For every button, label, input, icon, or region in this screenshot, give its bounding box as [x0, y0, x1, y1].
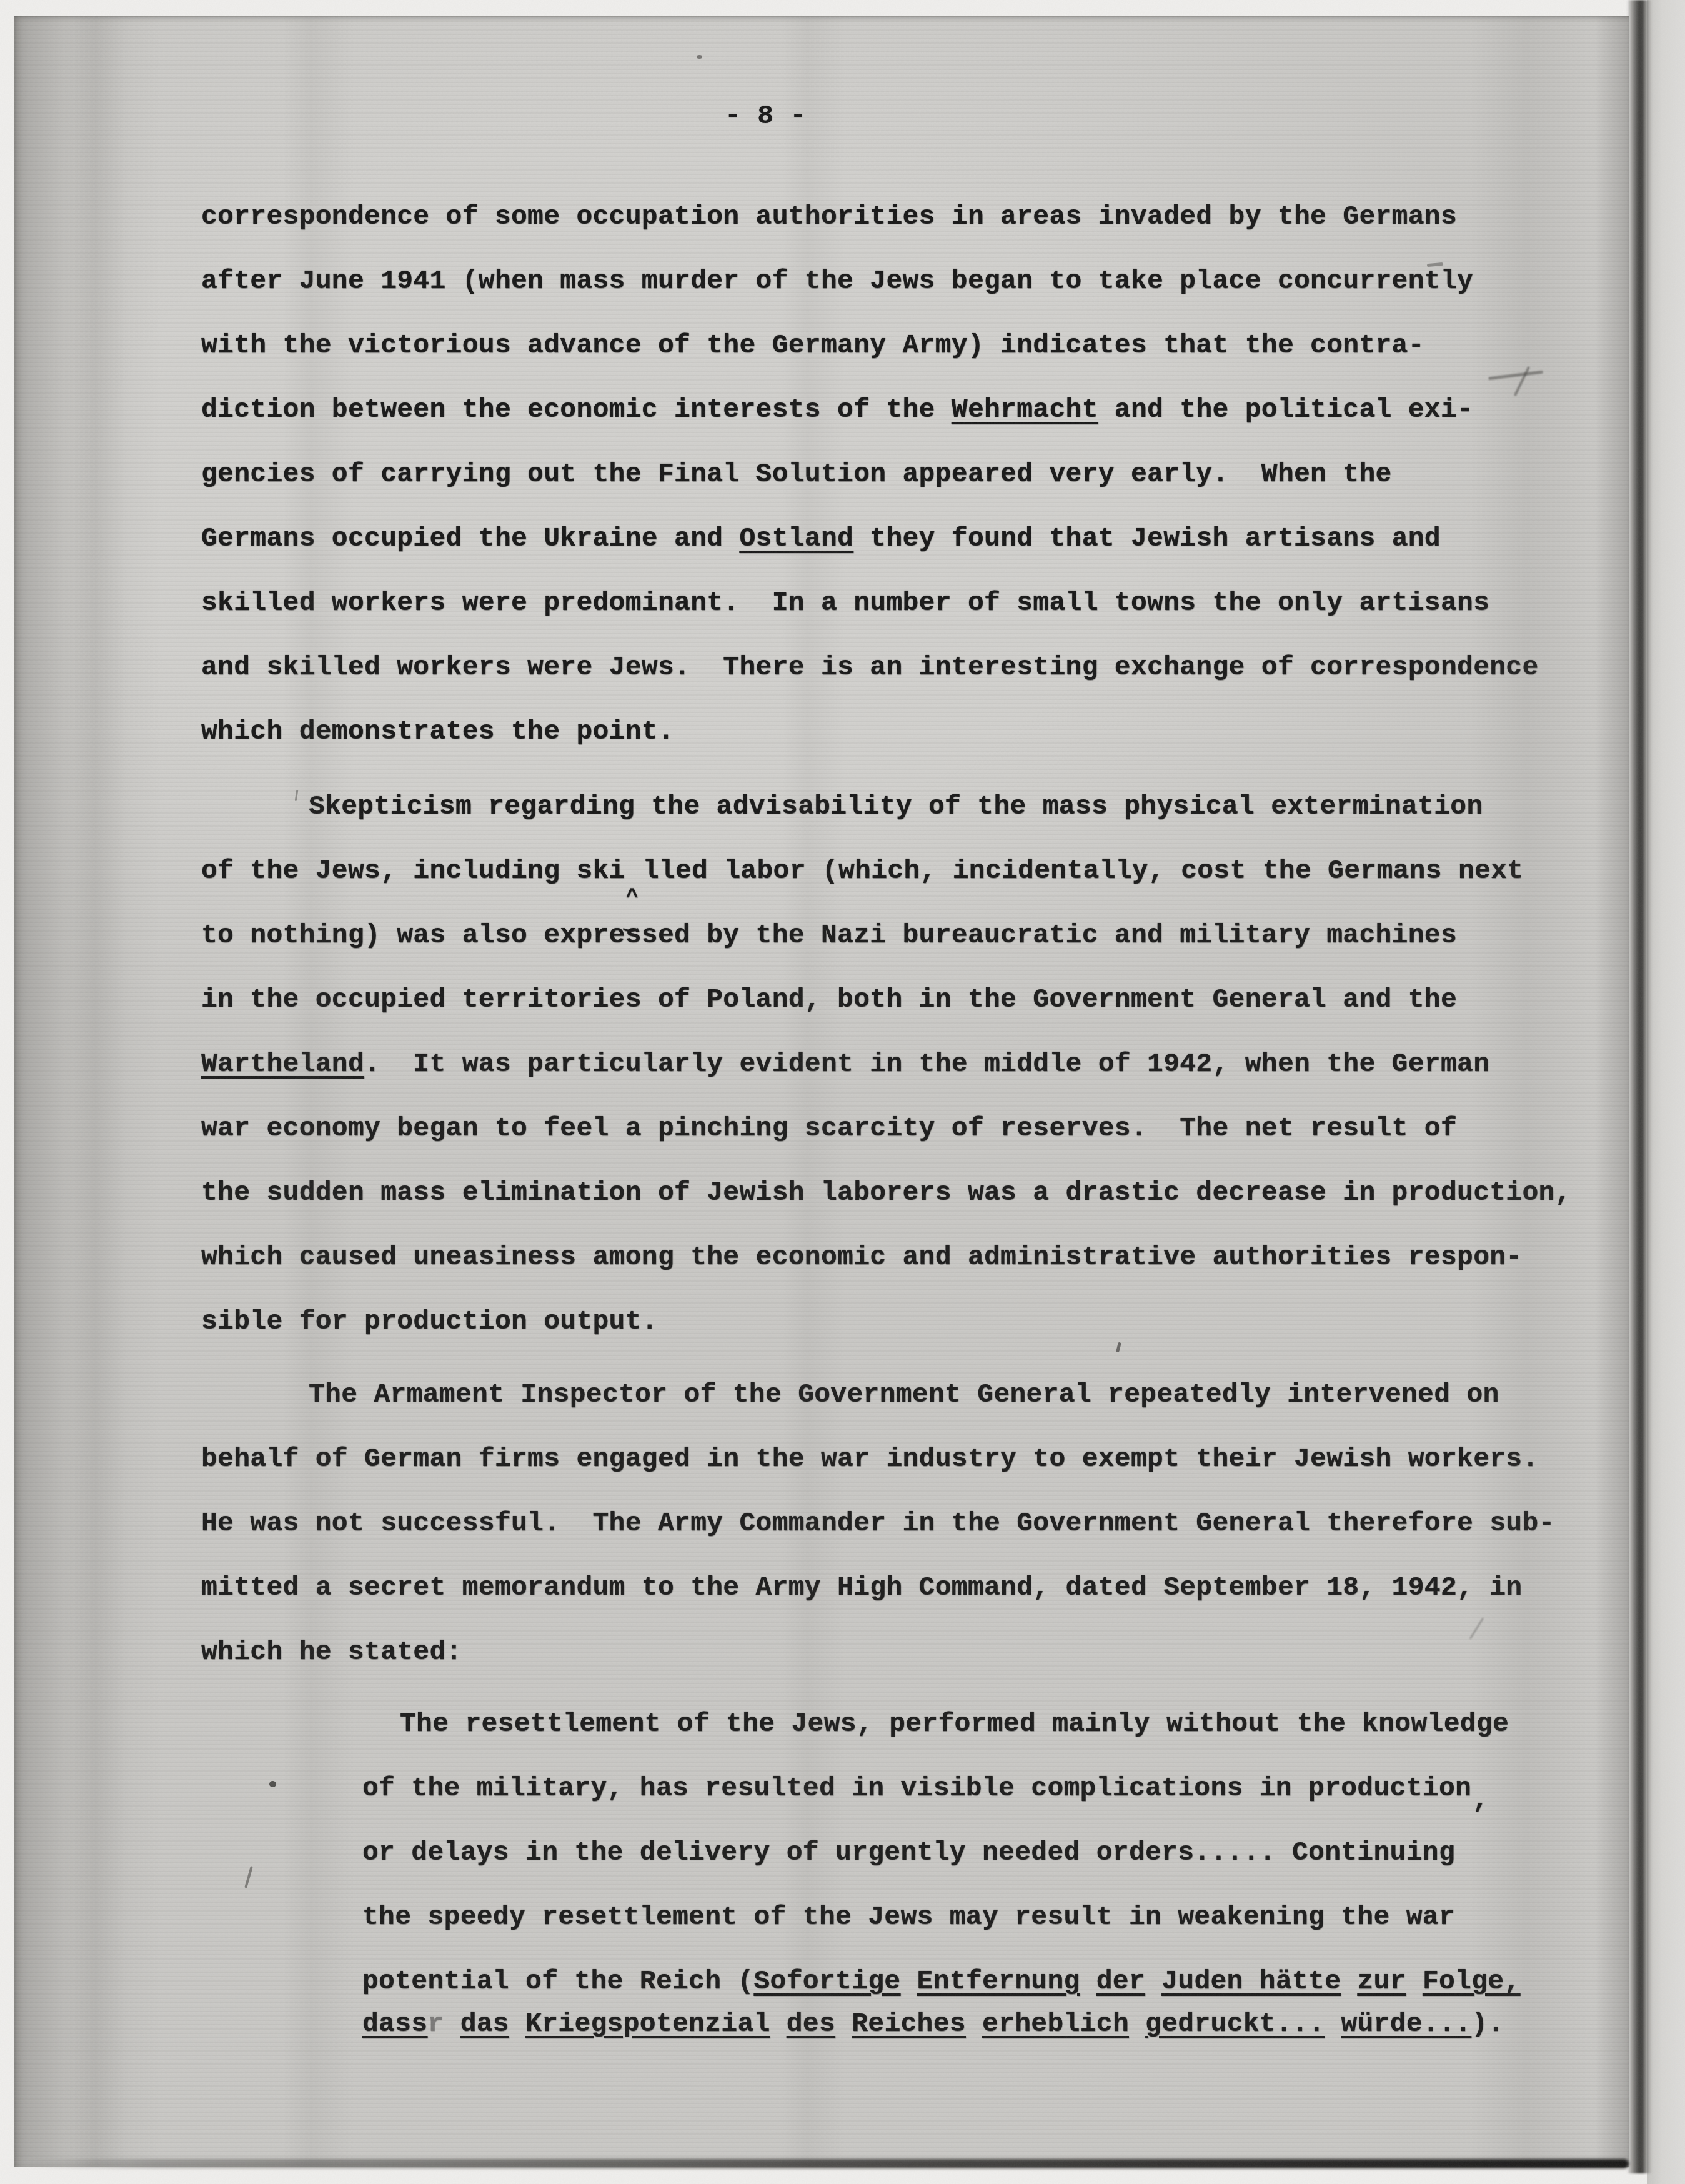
text-line: mitted a secret memorandum to the Army H…	[201, 1555, 1563, 1620]
paragraph-1: correspondence of some occupation author…	[201, 184, 1563, 764]
scanned-document-photo: - 8 - correspondence of some occupation …	[0, 0, 1685, 2184]
paper-page: - 8 - correspondence of some occupation …	[14, 16, 1629, 2167]
quote-block: The resettlement of the Jews, performed …	[201, 1692, 1563, 2056]
scanner-background-strip	[1647, 0, 1685, 2184]
text-line: which caused uneasiness among the econom…	[201, 1225, 1563, 1289]
text-line: sible for production output.	[201, 1289, 1563, 1354]
text-line: of the military, has resulted in visible…	[362, 1756, 1563, 1820]
text-line: correspondence of some occupation author…	[201, 184, 1563, 249]
text-line: or delays in the delivery of urgently ne…	[362, 1820, 1563, 1885]
text-line: The Armament Inspector of the Government…	[201, 1362, 1563, 1427]
text-line: Wartheland. It was particularly evident …	[201, 1032, 1563, 1096]
text-line: in the occupied territories of Poland, b…	[201, 967, 1563, 1032]
text-line: skilled workers were predominant. In a n…	[201, 571, 1563, 635]
text-line: after June 1941 (when mass murder of the…	[201, 249, 1563, 313]
text-line: The resettlement of the Jews, performed …	[362, 1692, 1563, 1756]
document-text: correspondence of some occupation author…	[201, 184, 1563, 2056]
text-line: which he stated:	[201, 1620, 1563, 1684]
text-line: Germans occupied the Ukraine and Ostland…	[201, 506, 1563, 571]
text-line: to nothing) was also expressed by the Na…	[201, 903, 1563, 967]
text-line: with the victorious advance of the Germa…	[201, 313, 1563, 377]
text-line: of the Jews, including ski^‿lled labor (…	[201, 839, 1563, 903]
paper-bottom-edge	[28, 2159, 1629, 2168]
page-edge-shadow	[1627, 0, 1652, 2173]
text-line: behalf of German firms engaged in the wa…	[201, 1427, 1563, 1491]
text-line: dassr das Kriegspotenzial des Reiches er…	[362, 1992, 1563, 2056]
text-line: the speedy resettlement of the Jews may …	[362, 1885, 1563, 1949]
text-line: war economy began to feel a pinching sca…	[201, 1096, 1563, 1160]
paragraph-3: The Armament Inspector of the Government…	[201, 1362, 1563, 1684]
text-line: and skilled workers were Jews. There is …	[201, 635, 1563, 699]
text-line: gencies of carrying out the Final Soluti…	[201, 442, 1563, 506]
text-line: which demonstrates the point.	[201, 699, 1563, 764]
text-line: diction between the economic interests o…	[201, 377, 1563, 442]
text-line: the sudden mass elimination of Jewish la…	[201, 1160, 1563, 1225]
text-line: He was not successful. The Army Commande…	[201, 1491, 1563, 1555]
page-number: - 8 -	[725, 102, 807, 129]
ink-speck	[697, 55, 702, 59]
paragraph-2: Skepticism regarding the advisability of…	[201, 774, 1563, 1354]
text-line: Skepticism regarding the advisability of…	[201, 774, 1563, 839]
